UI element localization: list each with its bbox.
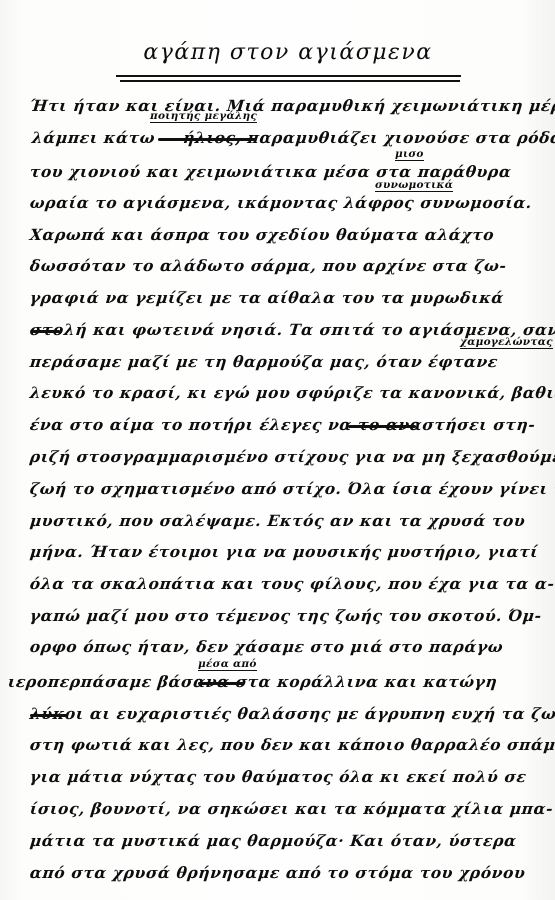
manuscript-line: ωραία το αγιάσμενα, ικάμοντας λάφρος συν… xyxy=(29,193,533,212)
manuscript-line: γαπώ μαζί μου στο τέμενος της ζωής του σ… xyxy=(29,606,543,625)
manuscript-line: ένα στο αίμα το ποτήρι έλεγες να το ανασ… xyxy=(29,415,536,434)
manuscript-line: από στα χρυσά θρήνησαμε από το στόμα του… xyxy=(29,863,527,882)
struck-out-word-mark xyxy=(30,330,60,333)
manuscript-title: αγάπη στον αγιάσμενα xyxy=(138,40,438,65)
manuscript-line: Χαρωπά και άσπρα του σχεδίου θαύματα αλά… xyxy=(29,225,495,244)
manuscript-line: για μάτια νύχτας του θαύματος όλα κι εκε… xyxy=(29,767,528,786)
manuscript-line: μάτια τα μυστικά μας θαρμούζα· Και όταν,… xyxy=(29,831,518,850)
struck-out-word-mark xyxy=(158,138,256,141)
title-underline-second xyxy=(120,80,460,82)
interlinear-correction: χαμογελώντας xyxy=(460,337,553,349)
manuscript-line: στη φωτιά και λες, που δεν και κάποιο θα… xyxy=(29,735,555,754)
struck-out-word-mark xyxy=(30,714,68,717)
manuscript-line: περάσαμε μαζί με τη θαρμούζα μας, όταν έ… xyxy=(29,352,499,371)
struck-out-word-mark xyxy=(198,682,243,685)
manuscript-line: γραφιά να γεμίζει με τα αίθαλα του τα μυ… xyxy=(29,288,505,307)
struck-out-word-mark xyxy=(348,425,416,428)
manuscript-line: ριζή στοσγραμμαρισμένο στίχους για να μη… xyxy=(29,447,555,466)
manuscript-line: λύκοι αι ευχαριστιές θαλάσσης με άγρυπνη… xyxy=(29,704,555,723)
interlinear-correction: ποιητής μεγάλης xyxy=(150,111,257,123)
manuscript-line: λάμπει κάτω — ήλιος, παραμυθιάζει χιονού… xyxy=(31,128,555,147)
manuscript-line: μυστικό, που σαλέψαμε. Εκτός αν και τα χ… xyxy=(29,511,526,530)
title-underline xyxy=(116,75,461,77)
manuscript-line: ίσιος, βουνοτί, να σηκώσει και τα κόμματ… xyxy=(29,799,554,818)
manuscript-line: λευκό το κρασί, κι εγώ μου σφύριζε τα κα… xyxy=(29,383,555,402)
manuscript-line: μήνα. Ήταν έτοιμοι για να μουσικής μυστή… xyxy=(29,542,539,561)
interlinear-correction: συνωμοτικά xyxy=(375,180,453,192)
manuscript-line: όλα τα σκαλοπάτια και τους φίλους, που έ… xyxy=(29,574,555,593)
manuscript-page: αγάπη στον αγιάσμενα Ήτι ήταν και είναι.… xyxy=(0,0,555,900)
interlinear-correction: μισο xyxy=(395,149,424,161)
manuscript-line: δωσσόταν το αλάδωτο σάρμα, που αρχίνε στ… xyxy=(29,256,508,275)
interlinear-correction: μέσα από xyxy=(198,659,257,671)
manuscript-line: ιεροπερπάσαμε βάσανα στα κοράλλινα και κ… xyxy=(7,672,498,691)
manuscript-line: Ήτι ήταν και είναι. Μιά παραμυθική χειμω… xyxy=(29,96,555,115)
manuscript-line: ορφο όπως ήταν, δεν χάσαμε στο μιά στο π… xyxy=(29,637,504,656)
manuscript-line: ζωή το σχηματισμένο από στίχο. Όλα ίσια … xyxy=(29,479,555,498)
